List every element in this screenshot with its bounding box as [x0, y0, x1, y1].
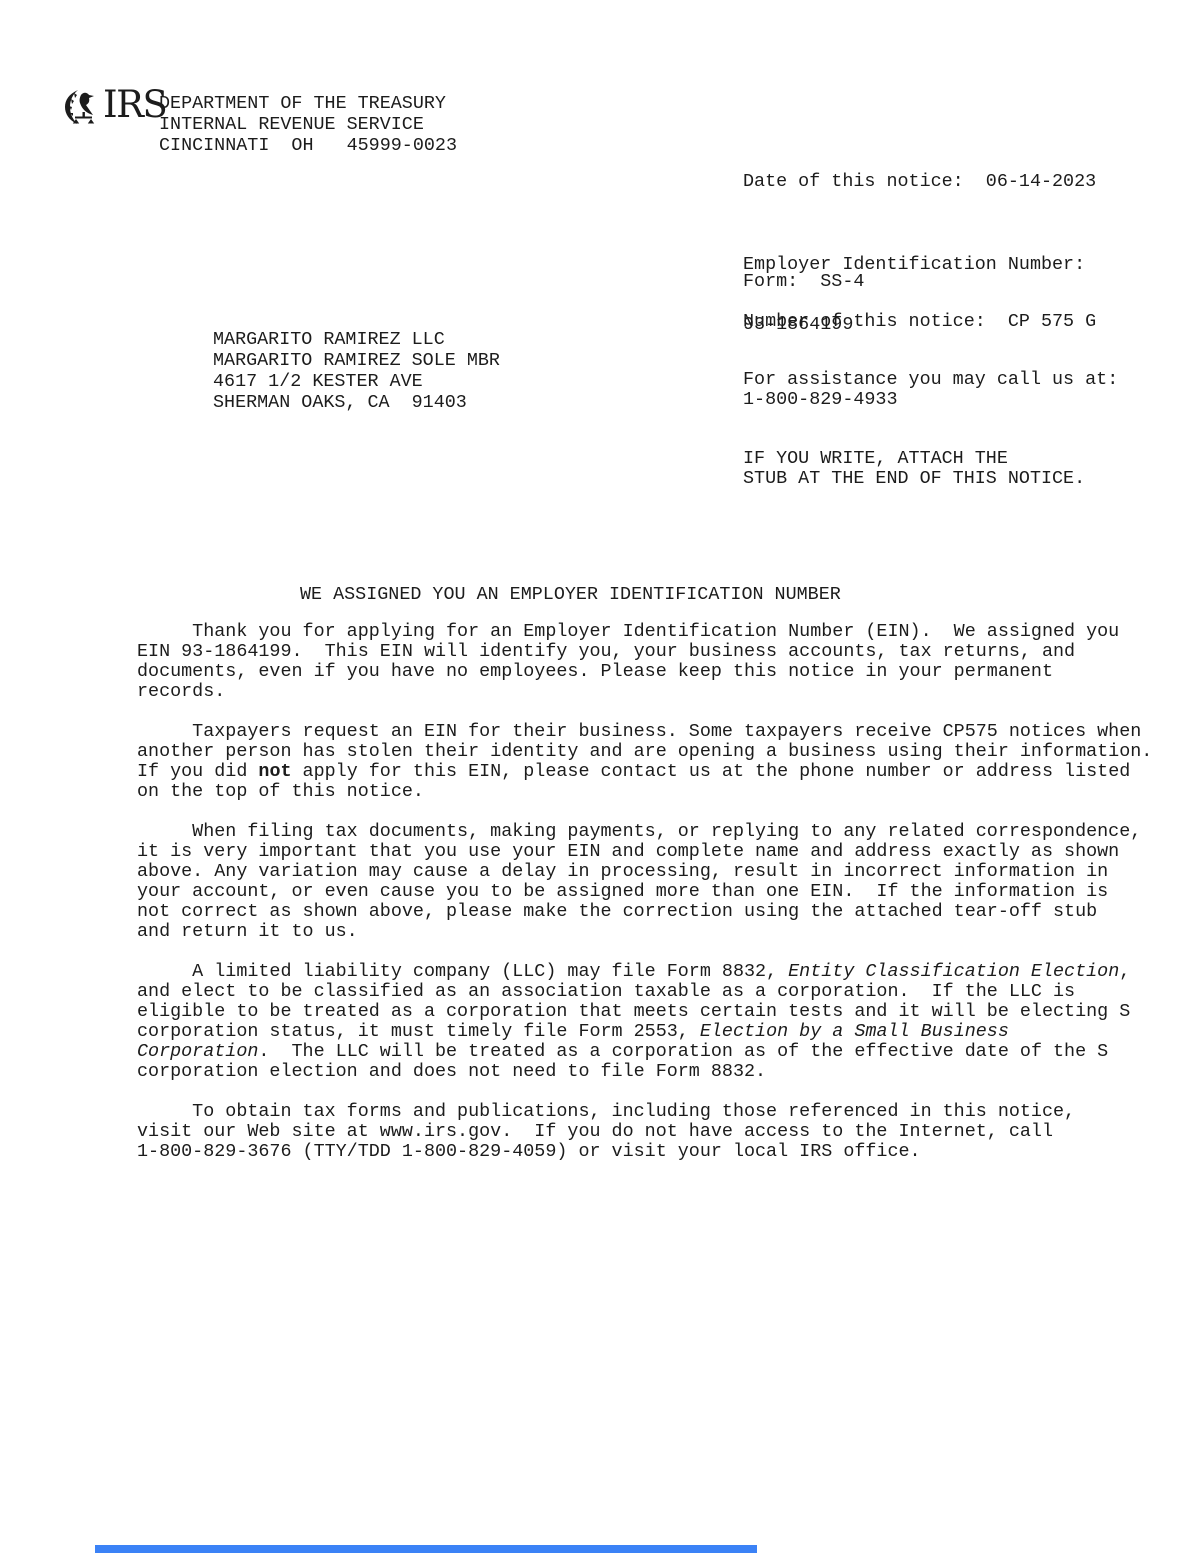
- assistance-block: For assistance you may call us at:1-800-…: [743, 370, 1118, 410]
- text-line: it is very important that you use your E…: [137, 842, 1152, 862]
- letter-paragraph: Thank you for applying for an Employer I…: [137, 622, 1152, 702]
- text-line: EIN 93-1864199. This EIN will identify y…: [137, 642, 1152, 662]
- letter-body: Thank you for applying for an Employer I…: [137, 622, 1152, 1162]
- text-line: documents, even if you have no employees…: [137, 662, 1152, 682]
- text-line: 1-800-829-4933: [743, 390, 1118, 410]
- text-line: SHERMAN OAKS, CA 91403: [213, 392, 500, 413]
- notice-number-line: Number of this notice: CP 575 G: [743, 312, 1096, 332]
- text-line: another person has stolen their identity…: [137, 742, 1152, 762]
- text-line: Thank you for applying for an Employer I…: [137, 622, 1152, 642]
- text-line: To obtain tax forms and publications, in…: [137, 1102, 1152, 1122]
- text-line: records.: [137, 682, 1152, 702]
- text-line: IF YOU WRITE, ATTACH THE: [743, 449, 1085, 469]
- horizontal-scrollbar-thumb[interactable]: [95, 1545, 757, 1553]
- text-line: Corporation. The LLC will be treated as …: [137, 1042, 1152, 1062]
- irs-eagle-icon: [64, 89, 102, 125]
- text-line: on the top of this notice.: [137, 782, 1152, 802]
- text-line: 4617 1/2 KESTER AVE: [213, 371, 500, 392]
- recipient-address-block: MARGARITO RAMIREZ LLCMARGARITO RAMIREZ S…: [213, 329, 500, 413]
- text-line: MARGARITO RAMIREZ SOLE MBR: [213, 350, 500, 371]
- irs-cp575-notice-page: { "colors": { "text": "#1c1c1c", "backgr…: [0, 0, 1200, 1553]
- text-line: MARGARITO RAMIREZ LLC: [213, 329, 500, 350]
- letter-heading: WE ASSIGNED YOU AN EMPLOYER IDENTIFICATI…: [300, 585, 841, 605]
- text-line: CINCINNATI OH 45999-0023: [159, 135, 457, 156]
- notice-date-line: Date of this notice: 06-14-2023: [743, 172, 1096, 192]
- text-line: INTERNAL REVENUE SERVICE: [159, 114, 457, 135]
- text-line: For assistance you may call us at:: [743, 370, 1118, 390]
- letter-paragraph: When filing tax documents, making paymen…: [137, 822, 1152, 942]
- text-line: corporation status, it must timely file …: [137, 1022, 1152, 1042]
- text-line: visit our Web site at www.irs.gov. If yo…: [137, 1122, 1152, 1142]
- form-line: Form: SS-4: [743, 272, 864, 292]
- text-line: not correct as shown above, please make …: [137, 902, 1152, 922]
- text-line: corporation election and does not need t…: [137, 1062, 1152, 1082]
- text-line: Taxpayers request an EIN for their busin…: [137, 722, 1152, 742]
- text-line: When filing tax documents, making paymen…: [137, 822, 1152, 842]
- text-line: 1-800-829-3676 (TTY/TDD 1-800-829-4059) …: [137, 1142, 1152, 1162]
- text-line: A limited liability company (LLC) may fi…: [137, 962, 1152, 982]
- write-instruction-block: IF YOU WRITE, ATTACH THESTUB AT THE END …: [743, 449, 1085, 489]
- text-line: your account, or even cause you to be as…: [137, 882, 1152, 902]
- text-line: eligible to be treated as a corporation …: [137, 1002, 1152, 1022]
- irs-wordmark: IRS: [103, 86, 166, 124]
- text-line: STUB AT THE END OF THIS NOTICE.: [743, 469, 1085, 489]
- letter-paragraph: Taxpayers request an EIN for their busin…: [137, 722, 1152, 802]
- letter-paragraph: To obtain tax forms and publications, in…: [137, 1102, 1152, 1162]
- text-line: above. Any variation may cause a delay i…: [137, 862, 1152, 882]
- text-line: and elect to be classified as an associa…: [137, 982, 1152, 1002]
- text-line: and return it to us.: [137, 922, 1152, 942]
- text-line: DEPARTMENT OF THE TREASURY: [159, 93, 457, 114]
- letter-paragraph: A limited liability company (LLC) may fi…: [137, 962, 1152, 1082]
- agency-address-block: DEPARTMENT OF THE TREASURYINTERNAL REVEN…: [159, 93, 457, 156]
- text-line: If you did not apply for this EIN, pleas…: [137, 762, 1152, 782]
